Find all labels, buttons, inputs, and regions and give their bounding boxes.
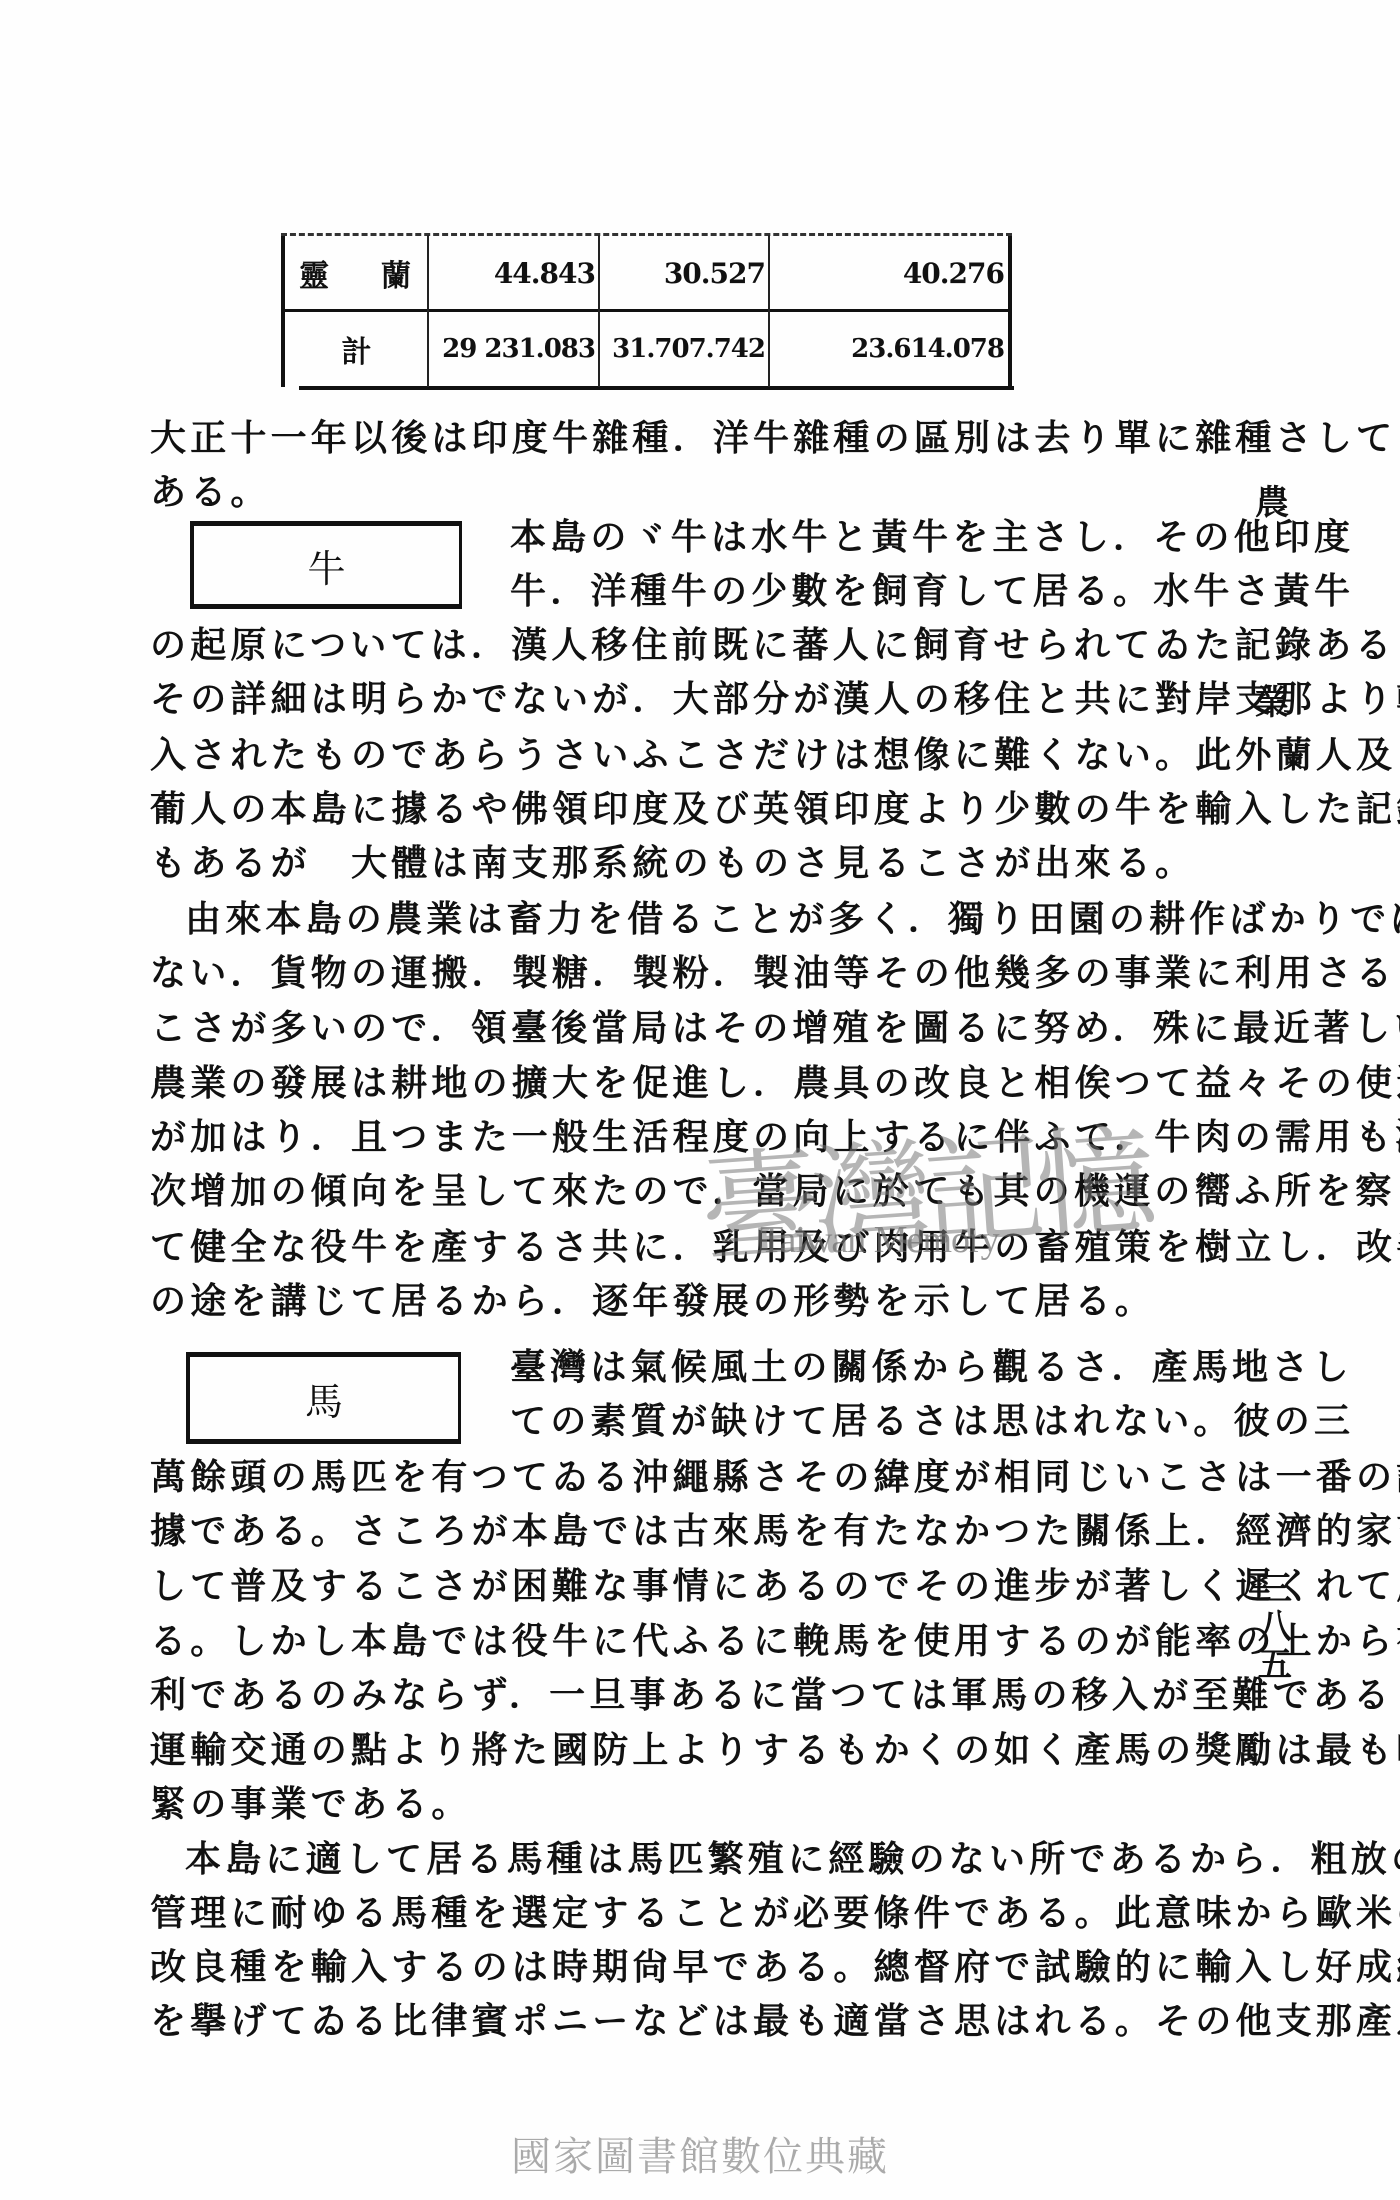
text-line: 據である。さころが本島では古來馬を有たなかつた關係上．經濟的家畜さ [150,1508,1210,1554]
text-line: 利であるのみならず．一旦事あるに當つては軍馬の移入が至難であるし [150,1672,1210,1718]
text-line: 本島のヾ牛は水牛と黃牛を主さし．その他印度 [510,514,1210,560]
page-number-digit: 三 [1255,1570,1295,1608]
text-line: 臺灣は氣候風土の關係から觀るさ．產馬地さし [510,1344,1210,1390]
text-line: 緊の事業である。 [150,1781,1210,1827]
table-row-divider [285,309,1008,312]
page-number-digit: 八 [1255,1608,1295,1646]
text-line: 次增加の傾向を呈して來たので．當局に於ても其の機運の嚮ふ所を察し [150,1168,1210,1214]
text-line: 管理に耐ゆる馬種を選定することが必要條件である。此意味から歐米の [150,1890,1210,1936]
text-line: ての素質が缺けて居るさは思はれない。彼の三 [510,1398,1210,1444]
text-line: その詳細は明らかでないが．大部分が漢人の移住と共に對岸支那より輸 [150,676,1210,722]
table-row-label: 靈 [299,237,328,309]
library-footer: 國家圖書館數位典藏 [0,2125,1400,2182]
text-line: の起原については．漢人移住前既に蕃人に飼育せられてゐた記錄あるも [150,622,1210,668]
table-bottom-rule [299,386,1014,390]
text-line: の途を講じて居るから．逐年發展の形勢を示して居る。 [150,1278,1210,1324]
table-cell: 23.614.078 [770,313,1008,385]
table-cell: 44.843 [429,237,599,309]
text-line: 改良種を輸入するのは時期尙早である。總督府で試驗的に輸入し好成績 [150,1944,1210,1990]
text-line: 由來本島の農業は畜力を借ることが多く．獨り田園の耕作ばかりでは [185,896,1210,942]
document-page: 靈 蘭 44.843 30.527 40.276 計 29 231.083 31… [0,0,1400,2200]
statistics-table: 靈 蘭 44.843 30.527 40.276 計 29 231.083 31… [281,233,1012,387]
text-line: 萬餘頭の馬匹を有つてゐる沖繩縣さその緯度が相同じいこさは一番の證 [150,1454,1210,1500]
text-line: 本島に適して居る馬種は馬匹繁殖に經驗のない所であるから．粗放の [185,1836,1210,1882]
text-line: こさが多いので．領臺後當局はその增殖を圖るに努め．殊に最近著しい [150,1005,1210,1051]
table-total-label: 計 [285,313,427,385]
text-line: が加はり．且つまた一般生活程度の向上するに伴ふて．牛肉の需用も漸 [150,1114,1210,1160]
table-row-label: 蘭 [381,237,410,309]
text-line: 入されたものであらうさいふこさだけは想像に難くない。此外蘭人及び [150,732,1210,778]
text-line: して普及するこさが困難な事情にあるのでその進步が著しく遲くれて居 [150,1563,1210,1609]
table-cell: 30.527 [600,237,769,309]
text-line: る。しかし本島では役牛に代ふるに輓馬を使用するのが能率の上から有 [150,1618,1210,1664]
text-line: ある。 [150,469,1210,515]
section-heading-cattle: 牛 [190,521,462,609]
table-cell: 31.707.742 [600,313,769,385]
page-number-digit: 五 [1255,1646,1295,1684]
running-header-char: 農 [1255,475,1289,524]
page-number: 三 八 五 [1255,1570,1295,1684]
text-line: 牛．洋種牛の少數を飼育して居る。水牛さ黃牛 [510,568,1210,614]
text-line: 運輸交通の點より將た國防上よりするもかくの如く產馬の獎勵は最も喫 [150,1727,1210,1773]
text-line: もあるが 大體は南支那系統のものさ見るこさが出來る。 [150,840,1210,886]
table-cell: 40.276 [770,237,1008,309]
text-line: て健全な役牛を產するさ共に．乳用及び肉用牛の畜殖策を樹立し．改善 [150,1224,1210,1270]
text-line: 葡人の本島に據るや佛領印度及び英領印度より少數の牛を輸入した記錄 [150,786,1210,832]
table-cell: 29 231.083 [429,313,599,385]
section-heading-horse: 馬 [186,1352,461,1444]
text-line: 農業の發展は耕地の擴大を促進し．農具の改良と相俟つて益々その使途 [150,1060,1210,1106]
running-header-char: 業 [1255,675,1289,724]
text-line: を擧げてゐる比律賓ポニーなどは最も適當さ思はれる。その他支那產馬 [150,1998,1210,2044]
table-top-rule [281,233,1012,236]
text-line: 大正十一年以後は印度牛雜種．洋牛雜種の區別は去り單に雜種さして [150,415,1210,461]
text-line: ない．貨物の運搬．製糖．製粉．製油等その他幾多の事業に利用さるる [150,950,1210,996]
